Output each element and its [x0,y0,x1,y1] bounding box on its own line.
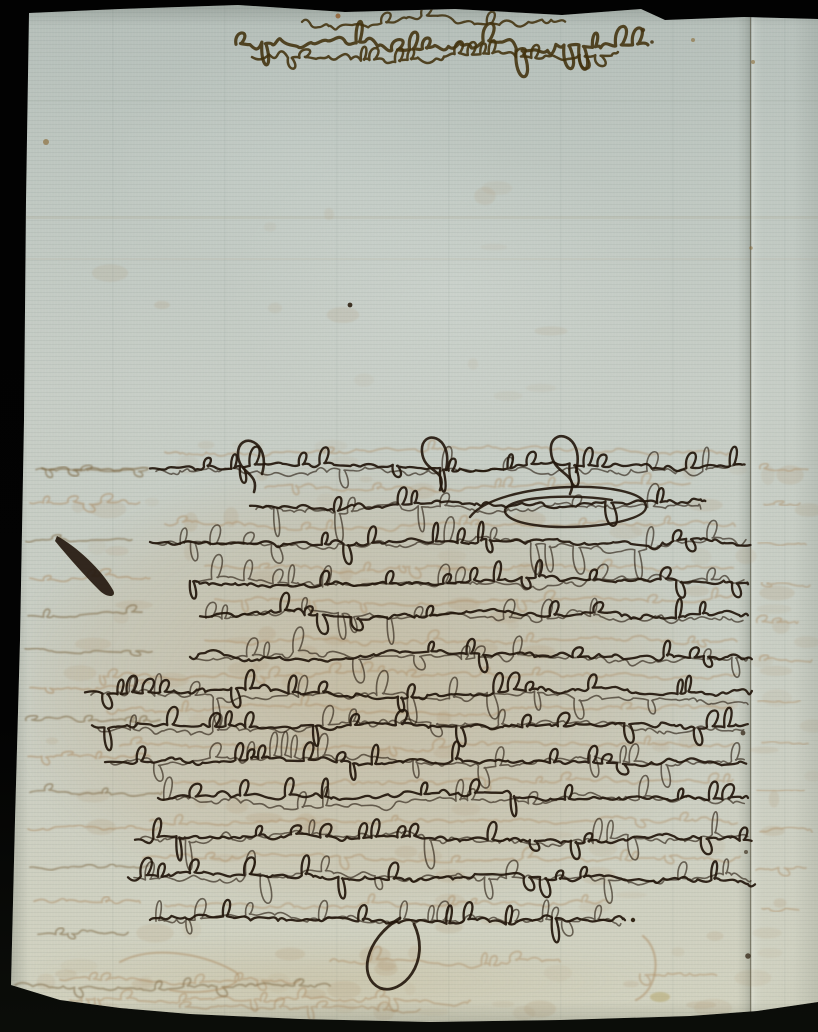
manuscript-page [0,0,818,1032]
stain [744,850,748,854]
stain [749,246,753,250]
stain [631,918,635,922]
stain [751,60,755,64]
stain [741,731,746,736]
handwriting-layer [0,0,818,1032]
scan-background: Aged pale blue-grey laid paper with torn… [0,0,818,1032]
stain [745,953,751,959]
stain [336,14,341,19]
stain [43,139,49,145]
stain [348,303,353,308]
stain [650,992,670,1002]
stain [691,38,695,42]
